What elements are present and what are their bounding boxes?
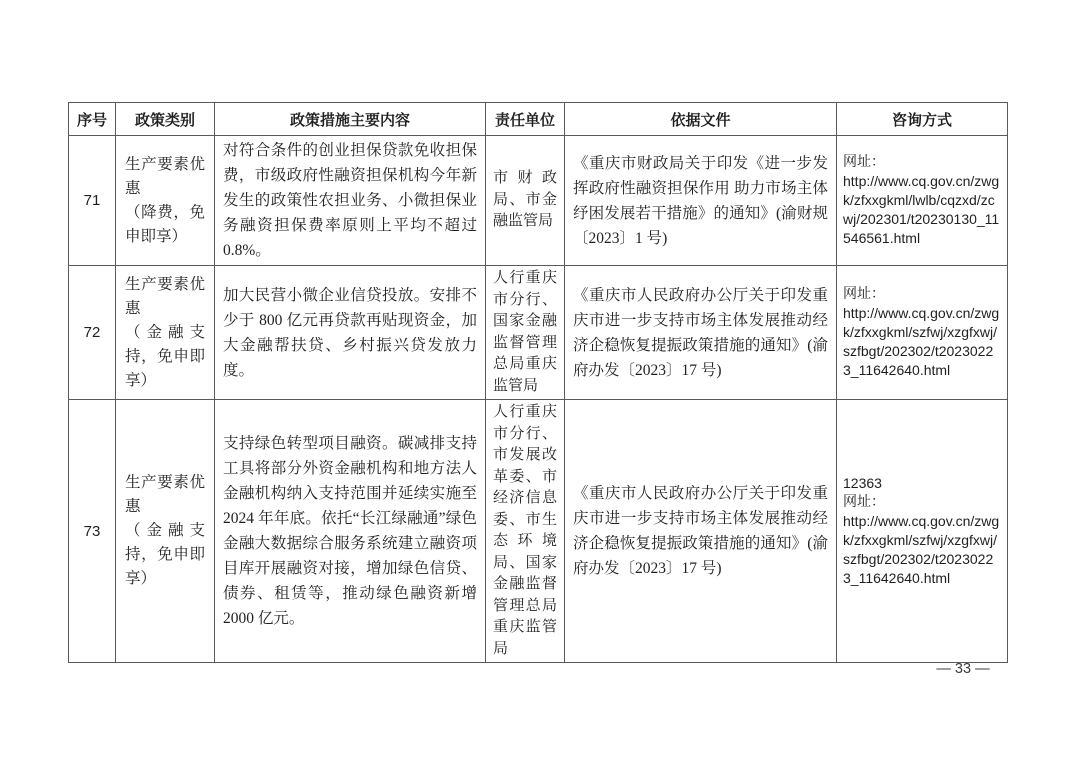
header-content: 政策措施主要内容 <box>215 103 486 136</box>
header-unit: 责任单位 <box>486 103 565 136</box>
category-qualifier: （降费，免申即享） <box>125 201 205 249</box>
category-qualifier: （金融支持，免申即享） <box>125 321 205 393</box>
header-category: 政策类别 <box>116 103 215 136</box>
category-name: 生产要素优惠 <box>125 153 205 201</box>
category-qualifier: （金融支持，免申即享） <box>125 519 205 591</box>
seq-number: 73 <box>69 400 116 663</box>
url-label: 网址： <box>843 285 1001 304</box>
policy-row-73: 73 生产要素优惠 （金融支持，免申即享） 支持绿色转型项目融资。碳减排支持工具… <box>69 400 1008 663</box>
responsible-unit: 人行重庆市分行、国家金融监督管理总局重庆监管局 <box>486 266 565 400</box>
header-seq: 序号 <box>69 103 116 136</box>
policy-content: 支持绿色转型项目融资。碳减排支持工具将部分外资金融机构和地方法人金融机构纳入支持… <box>215 400 486 663</box>
url-label: 网址： <box>843 153 1001 172</box>
basis-document: 《重庆市人民政府办公厅关于印发重庆市进一步支持市场主体发展推动经济企稳恢复提振政… <box>565 400 837 663</box>
contact-url: http://www.cq.gov.cn/zwgk/zfxxgkml/szfwj… <box>843 304 1001 380</box>
policy-category: 生产要素优惠 （降费，免申即享） <box>116 136 215 266</box>
header-contact: 咨询方式 <box>837 103 1008 136</box>
contact-info: 网址： http://www.cq.gov.cn/zwgk/zfxxgkml/l… <box>837 136 1008 266</box>
seq-number: 72 <box>69 266 116 400</box>
basis-document: 《重庆市人民政府办公厅关于印发重庆市进一步支持市场主体发展推动经济企稳恢复提振政… <box>565 266 837 400</box>
policy-measures-table: 序号 政策类别 政策措施主要内容 责任单位 依据文件 咨询方式 71 生产要素优… <box>68 102 1008 663</box>
responsible-unit: 人行重庆市分行、市发展改革委、市经济信息委、市生态环境局、国家金融监督管理总局重… <box>486 400 565 663</box>
policy-row-72: 72 生产要素优惠 （金融支持，免申即享） 加大民营小微企业信贷投放。安排不少于… <box>69 266 1008 400</box>
responsible-unit: 市财政局、市金融监管局 <box>486 136 565 266</box>
seq-number: 71 <box>69 136 116 266</box>
policy-row-71: 71 生产要素优惠 （降费，免申即享） 对符合条件的创业担保贷款免收担保费，市级… <box>69 136 1008 266</box>
table-header-row: 序号 政策类别 政策措施主要内容 责任单位 依据文件 咨询方式 <box>69 103 1008 136</box>
contact-hotline: 12363 <box>843 474 1001 493</box>
policy-category: 生产要素优惠 （金融支持，免申即享） <box>116 266 215 400</box>
basis-document: 《重庆市财政局关于印发《进一步发挥政府性融资担保作用 助力市场主体纾困发展若干措… <box>565 136 837 266</box>
policy-content: 对符合条件的创业担保贷款免收担保费，市级政府性融资担保机构今年新发生的政策性农担… <box>215 136 486 266</box>
contact-info: 12363 网址： http://www.cq.gov.cn/zwgk/zfxx… <box>837 400 1008 663</box>
policy-category: 生产要素优惠 （金融支持，免申即享） <box>116 400 215 663</box>
header-basis: 依据文件 <box>565 103 837 136</box>
contact-url: http://www.cq.gov.cn/zwgk/zfxxgkml/lwlb/… <box>843 172 1001 248</box>
page-number: — 33 — <box>928 661 998 677</box>
policy-content: 加大民营小微企业信贷投放。安排不少于 800 亿元再贷款再贴现资金，加大金融帮扶… <box>215 266 486 400</box>
url-label: 网址： <box>843 493 1001 512</box>
contact-info: 网址： http://www.cq.gov.cn/zwgk/zfxxgkml/s… <box>837 266 1008 400</box>
contact-url: http://www.cq.gov.cn/zwgk/zfxxgkml/szfwj… <box>843 512 1001 588</box>
category-name: 生产要素优惠 <box>125 471 205 519</box>
category-name: 生产要素优惠 <box>125 273 205 321</box>
